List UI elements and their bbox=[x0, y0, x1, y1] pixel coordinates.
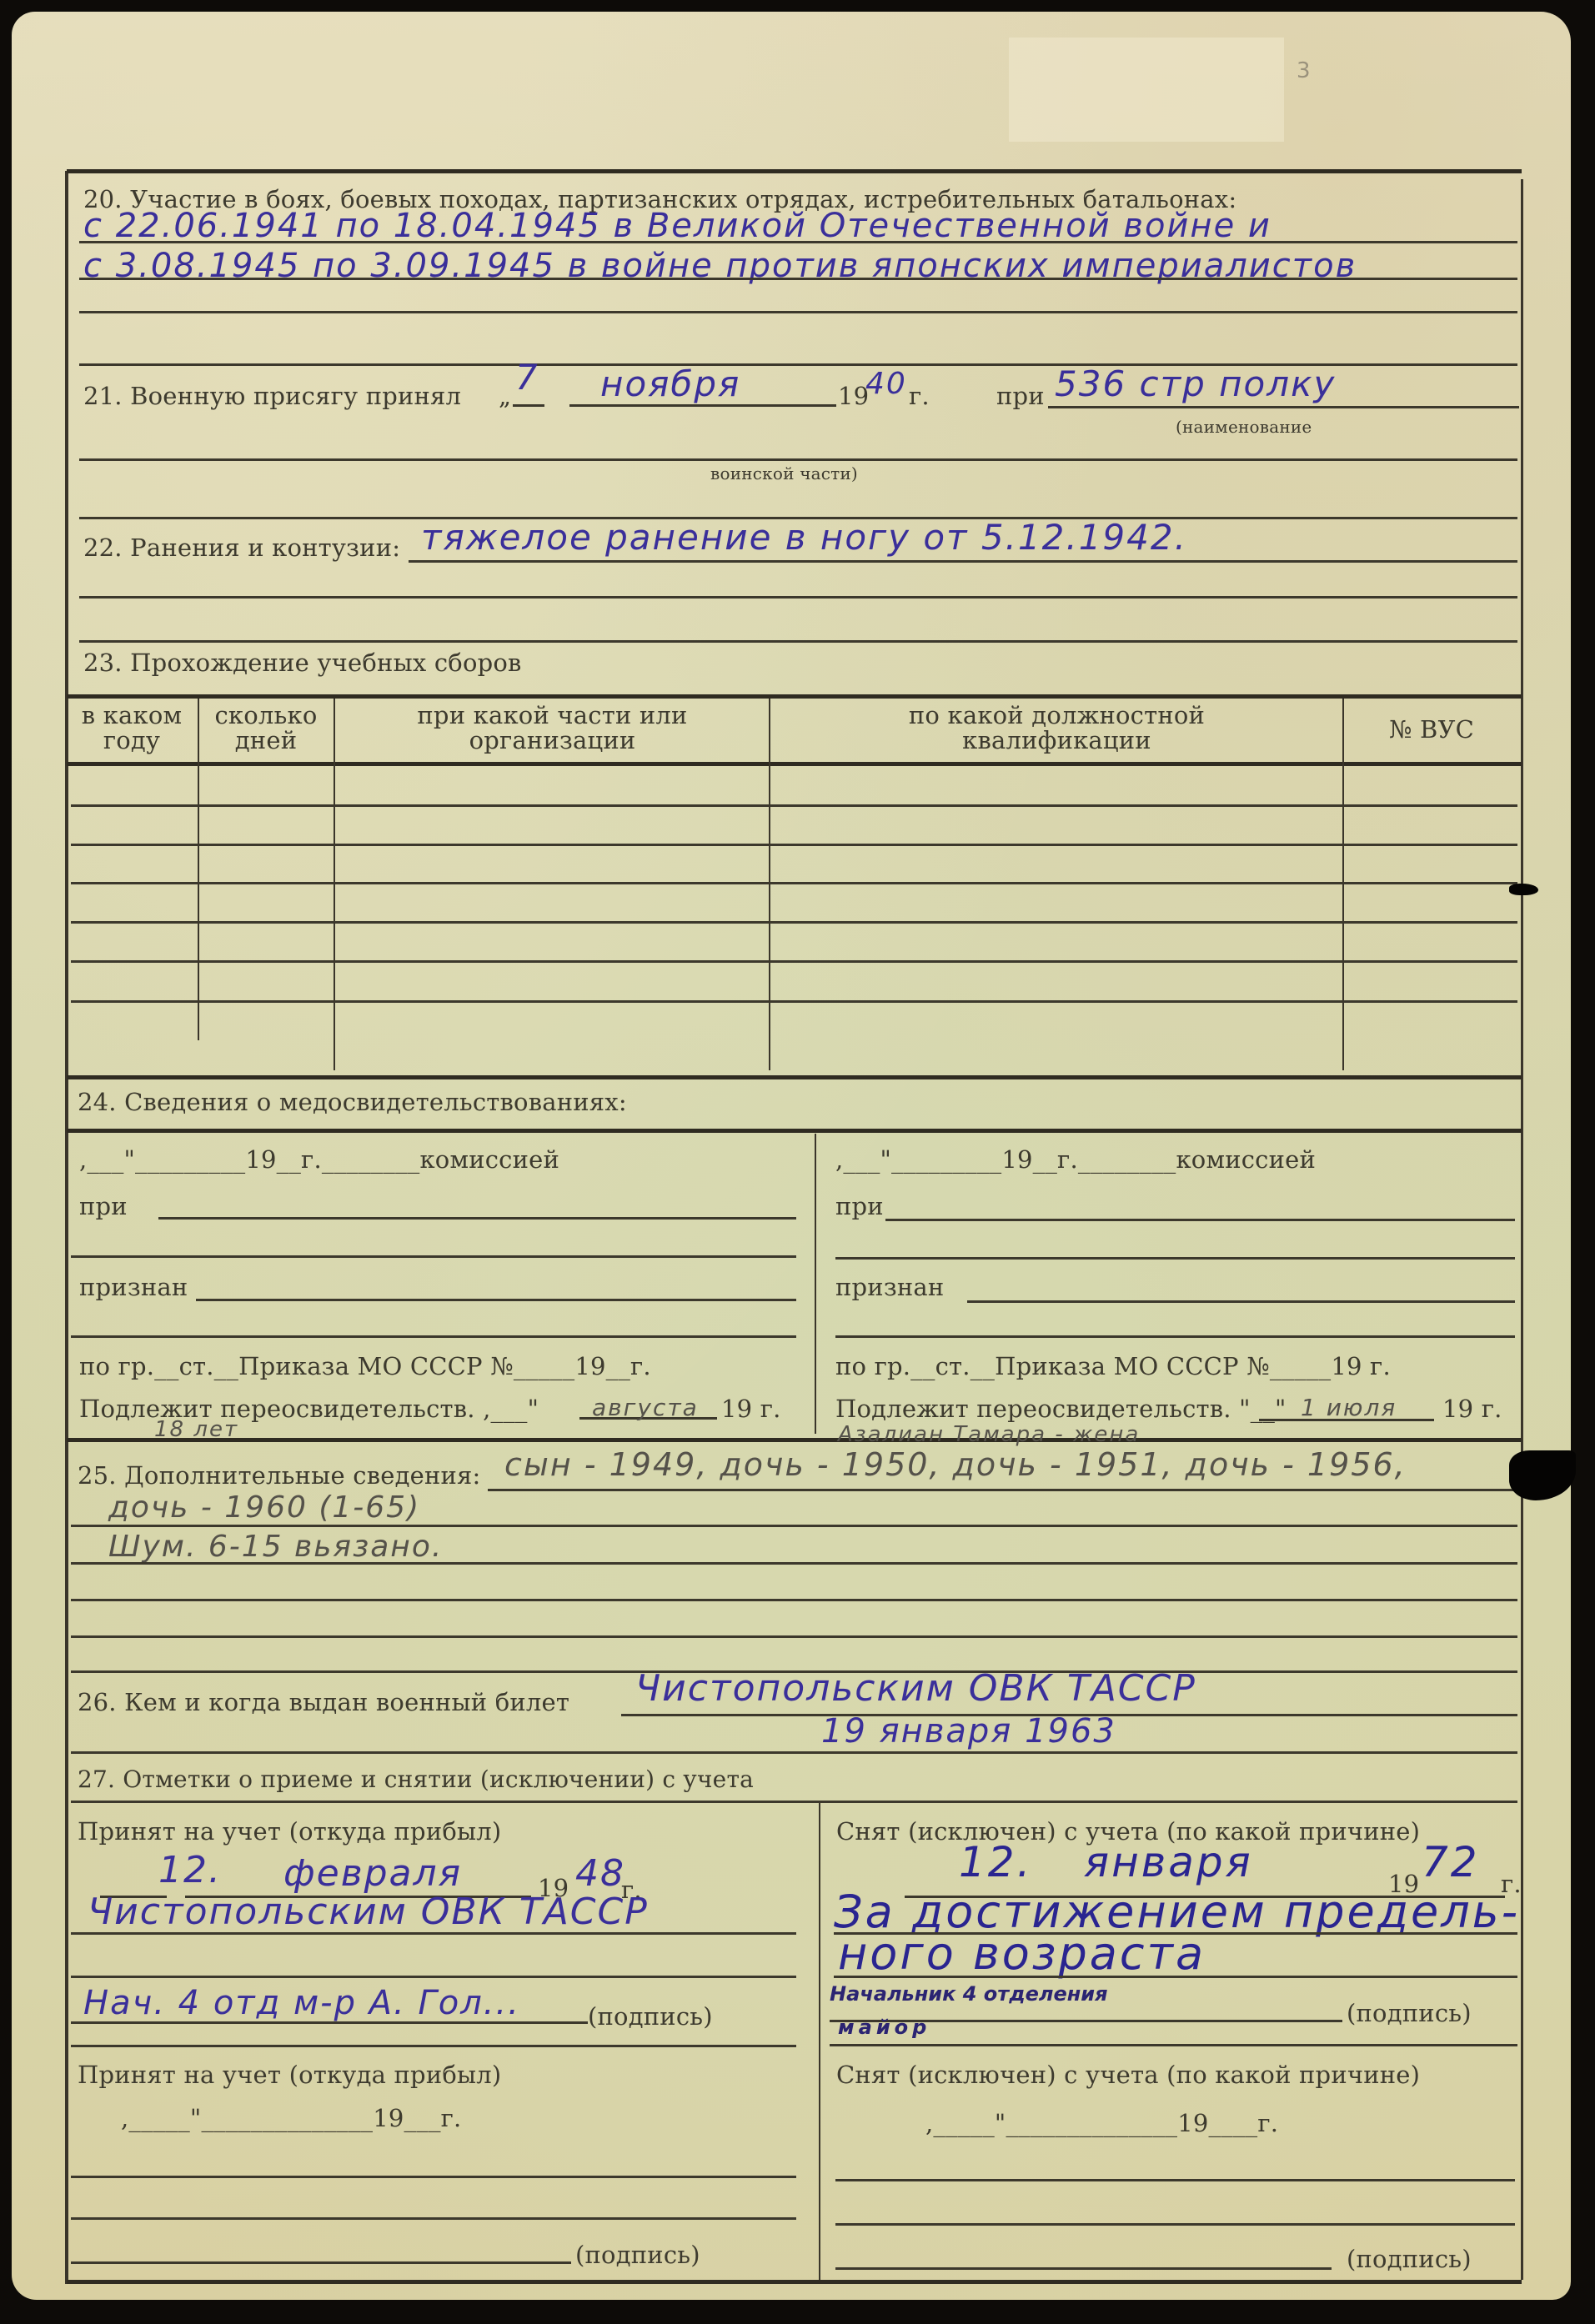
s24-right-order: по гр.__ст.__Приказа МО СССР №_____19 г. bbox=[835, 1352, 1391, 1380]
s24-left-at: при bbox=[79, 1192, 128, 1220]
s25-handwritten-line2: дочь - 1960 (1-65) bbox=[108, 1490, 420, 1525]
signature-line bbox=[71, 2021, 588, 2024]
form-line bbox=[79, 596, 1517, 599]
s25-handwritten-line1: сын - 1949, дочь - 1950, дочь - 1951, до… bbox=[504, 1446, 1407, 1483]
divider bbox=[71, 2045, 796, 2047]
s27-right-top-year-suffix: 72 bbox=[1422, 1838, 1480, 1886]
s24-right-reexam-year: 19 г. bbox=[1442, 1395, 1502, 1423]
table-row bbox=[71, 882, 1517, 884]
s24-left-order: по гр.__ст.__Приказа МО СССР №_____19__г… bbox=[79, 1352, 651, 1380]
form-line bbox=[71, 2176, 796, 2178]
form-bottom-border bbox=[67, 2280, 1522, 2284]
s24-left-reexam-handwritten: августа bbox=[592, 1394, 699, 1421]
s27-left-bottom-date-line: ,_____"______________19___г. bbox=[121, 2104, 461, 2132]
col-header-unit: при какой части илиорганизации bbox=[338, 703, 767, 753]
column-divider bbox=[815, 1134, 816, 1434]
s27-right-top-signature-caption: (подпись) bbox=[1347, 1999, 1472, 2027]
form-line bbox=[79, 458, 1517, 461]
s27-label: 27. Отметки о приеме и снятии (исключени… bbox=[78, 1766, 754, 1793]
signature-line bbox=[835, 2267, 1332, 2270]
form-line bbox=[79, 640, 1517, 643]
s27-left-top-signature-caption: (подпись) bbox=[588, 2002, 713, 2031]
quote-mark: „ bbox=[499, 382, 511, 410]
table-row bbox=[71, 804, 1517, 807]
s27-left-top-signature: Нач. 4 отд м-р А. Гол... bbox=[83, 1984, 520, 2022]
paper-tear bbox=[1509, 884, 1538, 895]
s27-right-bottom-signature-caption: (подпись) bbox=[1347, 2245, 1472, 2273]
table-header-border bbox=[67, 762, 1522, 766]
s27-right-bottom-heading: Снят (исключен) с учета (по какой причин… bbox=[836, 2061, 1420, 2089]
s21-year-prefix: 19 bbox=[838, 382, 869, 410]
table-row bbox=[71, 960, 1517, 963]
s21-caption-unit: воинской части) bbox=[710, 463, 858, 483]
form-border-left bbox=[65, 171, 68, 2284]
s27-right-top-reason-line2: ного возраста bbox=[838, 1927, 1206, 1980]
form-line bbox=[967, 1300, 1515, 1303]
s27-left-bottom-heading: Принят на учет (откуда прибыл) bbox=[78, 2061, 501, 2089]
s22-handwritten-value: тяжелое ранение в ногу от 5.12.1942. bbox=[421, 517, 1187, 558]
signature-line bbox=[71, 2261, 571, 2264]
column-divider bbox=[769, 699, 770, 1070]
s21-at: при bbox=[996, 382, 1045, 410]
s20-handwritten-line1: с 22.06.1941 по 18.04.1945 в Великой Оте… bbox=[83, 207, 1271, 245]
s26-handwritten-issuer: Чистопольским ОВК ТАССР bbox=[635, 1667, 1196, 1710]
divider bbox=[67, 1438, 1522, 1442]
column-divider bbox=[198, 699, 199, 1040]
form-border-right bbox=[1521, 179, 1523, 2280]
s24-left-date-line: ,___"_________19__г.________комиссией bbox=[79, 1145, 559, 1174]
form-line bbox=[488, 1489, 1517, 1491]
s27-right-top-day: 12. bbox=[959, 1838, 1033, 1886]
form-line bbox=[885, 1219, 1515, 1221]
form-line bbox=[834, 1976, 1517, 1978]
s24-label: 24. Сведения о медосвидетельствованиях: bbox=[78, 1088, 627, 1116]
form-line bbox=[71, 1932, 796, 1935]
s27-left-top-month: февраля bbox=[283, 1852, 462, 1895]
s21-caption-name: (наименование bbox=[1176, 417, 1312, 437]
s21-label: 21. Военную присягу принял bbox=[83, 382, 461, 410]
table-row bbox=[71, 1000, 1517, 1003]
s27-left-top-from: Чистопольским ОВК ТАССР bbox=[88, 1891, 649, 1933]
s21-day: 7 bbox=[515, 357, 539, 398]
s27-right-bottom-date-line: ,_____"______________19____г. bbox=[925, 2109, 1278, 2137]
form-line bbox=[71, 1562, 1517, 1565]
s23-label: 23. Прохождение учебных сборов bbox=[83, 649, 522, 677]
form-line bbox=[71, 2217, 796, 2220]
s25-pencil-note-left: 18 лет bbox=[154, 1417, 238, 1442]
divider bbox=[830, 2044, 1517, 2046]
col-header-year: в какомгоду bbox=[68, 703, 195, 753]
s24-right-at: при bbox=[835, 1192, 884, 1220]
form-line bbox=[79, 241, 1517, 243]
s27-left-top-year-suffix: 48 bbox=[575, 1852, 625, 1895]
col-header-qualification: по какой должностнойквалификации bbox=[771, 703, 1342, 753]
form-line bbox=[513, 404, 544, 407]
s25-pencil-note-right: Азалиан Тамара - жена bbox=[838, 1422, 1140, 1447]
s21-month: ноября bbox=[600, 363, 740, 404]
column-divider bbox=[1342, 699, 1344, 1070]
form-line bbox=[71, 1335, 796, 1338]
form-line bbox=[409, 560, 1517, 563]
col-header-days: сколькодней bbox=[200, 703, 332, 753]
s24-left-reexam: Подлежит переосвидетельств. ,___" bbox=[79, 1395, 539, 1423]
s25-handwritten-line3: Шум. 6-15 вьязано. bbox=[108, 1530, 443, 1564]
column-divider bbox=[334, 699, 335, 1070]
column-divider bbox=[819, 1803, 820, 2280]
table-row bbox=[71, 844, 1517, 846]
s22-label: 22. Ранения и контузии: bbox=[83, 533, 400, 562]
s24-right-recognized: признан bbox=[835, 1273, 944, 1301]
form-line bbox=[835, 1257, 1515, 1260]
paper-patch bbox=[1009, 38, 1284, 142]
form-line bbox=[79, 311, 1517, 313]
s24-left-reexam-year: 19 г. bbox=[721, 1395, 781, 1423]
divider bbox=[67, 169, 1522, 173]
page-number: 3 bbox=[1297, 58, 1311, 83]
form-line bbox=[71, 1255, 796, 1258]
s27-right-top-month: января bbox=[1084, 1838, 1253, 1886]
s21-year-g: г. bbox=[909, 382, 930, 410]
s27-left-bottom-signature-caption: (подпись) bbox=[575, 2241, 700, 2269]
s27-left-top-heading: Принят на учет (откуда прибыл) bbox=[78, 1817, 501, 1846]
form-line bbox=[835, 2223, 1515, 2226]
s24-right-date-line: ,___"_________19__г.________комиссией bbox=[835, 1145, 1316, 1174]
s25-label: 25. Дополнительные сведения: bbox=[78, 1461, 481, 1490]
s26-handwritten-date: 19 января 1963 bbox=[821, 1712, 1116, 1751]
form-line bbox=[79, 278, 1517, 280]
table-bottom-border bbox=[67, 1075, 1522, 1079]
s21-year-suffix: 40 bbox=[865, 367, 907, 401]
s27-left-top-day: 12. bbox=[158, 1849, 222, 1891]
s27-right-top-stamp-rank: майор bbox=[838, 2016, 930, 2039]
form-line bbox=[158, 1217, 796, 1220]
table-row bbox=[71, 921, 1517, 924]
divider bbox=[71, 1801, 1517, 1803]
form-line bbox=[71, 1976, 796, 1978]
form-line bbox=[1048, 406, 1519, 408]
s24-left-recognized: признан bbox=[79, 1273, 188, 1301]
form-line bbox=[196, 1299, 796, 1301]
form-line bbox=[71, 1599, 1517, 1601]
s27-right-top-stamp-title: Начальник 4 отделения bbox=[830, 1982, 1108, 2006]
form-line bbox=[71, 1751, 1517, 1754]
divider bbox=[67, 1129, 1522, 1133]
form-line bbox=[71, 1635, 1517, 1638]
form-line bbox=[569, 404, 836, 407]
form-line bbox=[835, 2179, 1515, 2181]
table-top-border bbox=[67, 694, 1522, 699]
s24-right-reexam-handwritten: 1 июля bbox=[1301, 1394, 1397, 1421]
s24-right-reexam: Подлежит переосвидетельств. "__" bbox=[835, 1395, 1287, 1423]
form-line bbox=[835, 1335, 1515, 1338]
col-header-vus: № ВУС bbox=[1344, 715, 1519, 744]
s26-label: 26. Кем и когда выдан военный билет bbox=[78, 1688, 569, 1716]
form-line bbox=[71, 1525, 1517, 1527]
s21-unit: 536 стр полку bbox=[1055, 363, 1336, 404]
